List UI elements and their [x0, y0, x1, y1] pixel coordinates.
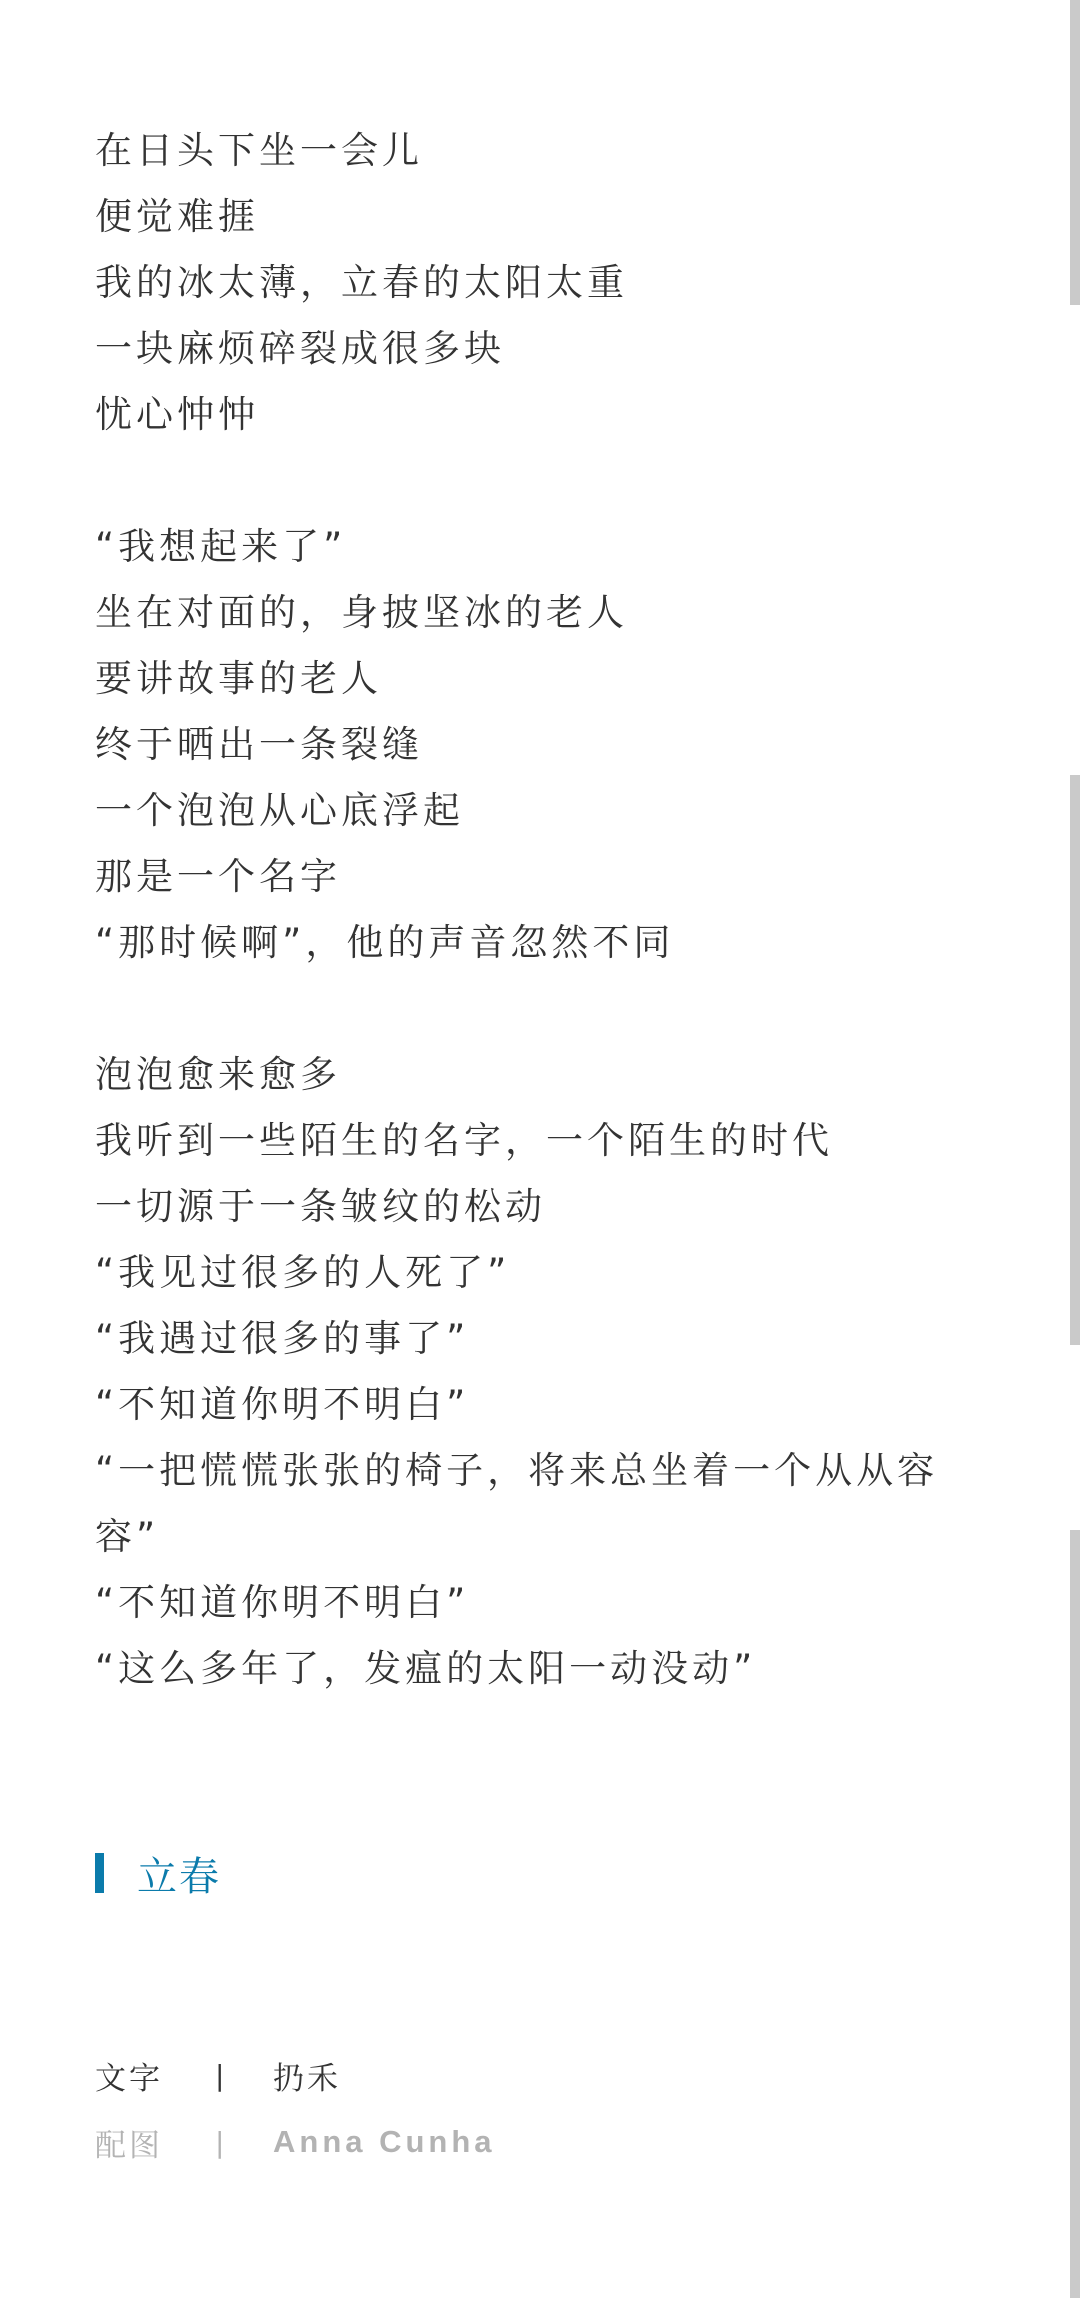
poem-line: 我的冰太薄，立春的太阳太重 — [95, 250, 995, 316]
poem-line: 忧心忡忡 — [95, 382, 995, 448]
credit-separator: | — [215, 2059, 273, 2092]
poem-line: “这么多年了，发瘟的太阳一动没动” — [95, 1636, 995, 1702]
scrollbar-segment[interactable] — [1070, 0, 1080, 305]
stanza-1: 在日头下坐一会儿 便觉难捱 我的冰太薄，立春的太阳太重 一块麻烦碎裂成很多块 忧… — [95, 118, 995, 448]
credit-text-row: 文字 | 扔禾 — [95, 2052, 496, 2098]
credit-text-label: 文字 — [95, 2053, 215, 2098]
poem-line: 坐在对面的，身披坚冰的老人 — [95, 580, 995, 646]
poem-line: 一切源于一条皱纹的松动 — [95, 1174, 995, 1240]
poem-line: “我见过很多的人死了” — [95, 1240, 995, 1306]
poem-line: “一把慌慌张张的椅子，将来总坐着一个从从容容” — [95, 1438, 995, 1570]
poem: 在日头下坐一会儿 便觉难捱 我的冰太薄，立春的太阳太重 一块麻烦碎裂成很多块 忧… — [95, 118, 995, 1702]
scrollbar-segment[interactable] — [1070, 1530, 1080, 2298]
credit-image-label: 配图 — [95, 2120, 215, 2165]
credit-text-author: 扔禾 — [273, 2053, 341, 2098]
credit-separator: | — [215, 2126, 273, 2159]
poem-line: “那时候啊”，他的声音忽然不同 — [95, 910, 995, 976]
credits: 文字 | 扔禾 配图 | Anna Cunha — [95, 2052, 496, 2186]
poem-line: 我听到一些陌生的名字，一个陌生的时代 — [95, 1108, 995, 1174]
poem-line: 终于晒出一条裂缝 — [95, 712, 995, 778]
poem-line: 要讲故事的老人 — [95, 646, 995, 712]
poem-line: 那是一个名字 — [95, 844, 995, 910]
poem-line: “我想起来了” — [95, 514, 995, 580]
credit-image-row: 配图 | Anna Cunha — [95, 2119, 496, 2165]
poem-line: 一个泡泡从心底浮起 — [95, 778, 995, 844]
poem-line: 在日头下坐一会儿 — [95, 118, 995, 184]
poem-line: 便觉难捱 — [95, 184, 995, 250]
poem-line: “我遇过很多的事了” — [95, 1306, 995, 1372]
poem-line: “不知道你明不明白” — [95, 1372, 995, 1438]
poem-line: 一块麻烦碎裂成很多块 — [95, 316, 995, 382]
poem-line: 泡泡愈来愈多 — [95, 1042, 995, 1108]
section-heading: 立春 — [95, 1852, 221, 1894]
poem-line: “不知道你明不明白” — [95, 1570, 995, 1636]
stanza-3: 泡泡愈来愈多 我听到一些陌生的名字，一个陌生的时代 一切源于一条皱纹的松动 “我… — [95, 1042, 995, 1702]
article-body: 在日头下坐一会儿 便觉难捱 我的冰太薄，立春的太阳太重 一块麻烦碎裂成很多块 忧… — [95, 118, 995, 1702]
section-title: 立春 — [137, 1845, 221, 1902]
scrollbar-segment[interactable] — [1070, 775, 1080, 1345]
heading-accent-bar — [95, 1853, 104, 1893]
credit-image-author: Anna Cunha — [273, 2124, 496, 2160]
stanza-2: “我想起来了” 坐在对面的，身披坚冰的老人 要讲故事的老人 终于晒出一条裂缝 一… — [95, 514, 995, 976]
